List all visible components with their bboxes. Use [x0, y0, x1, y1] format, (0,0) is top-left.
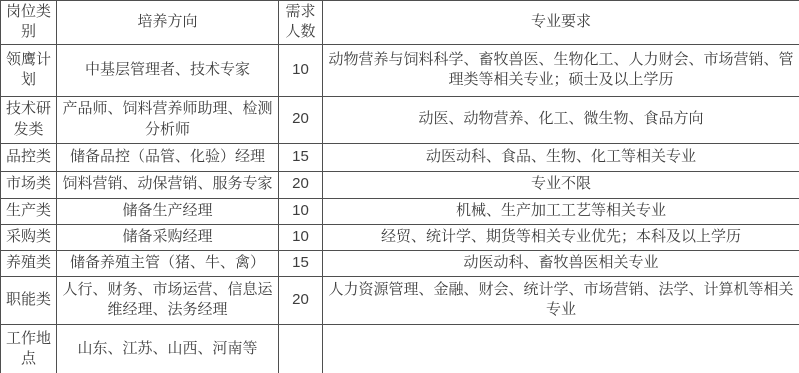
header-cell-category: 岗位类别: [1, 1, 57, 45]
table-row: 工作地点山东、江苏、山西、河南等: [1, 324, 799, 373]
table-row: 市场类饲料营销、动保营销、服务专家20专业不限: [1, 171, 799, 198]
table-row: 品控类储备品控（品管、化验）经理15动医动科、食品、生物、化工等相关专业: [1, 143, 799, 171]
requirement-cell: 机械、生产加工工艺等相关专业: [323, 198, 799, 224]
requirement-cell: 人力资源管理、金融、财会、统计学、市场营销、法学、计算机等相关专业: [323, 276, 799, 324]
count-cell: 15: [279, 143, 323, 171]
requirement-cell: 经贸、统计学、期货等相关专业优先；本科及以上学历: [323, 224, 799, 250]
count-cell: 20: [279, 171, 323, 198]
requirement-cell: 动医动科、畜牧兽医相关专业: [323, 250, 799, 276]
header-cell-requirement: 专业要求: [323, 1, 799, 45]
direction-cell: 饲料营销、动保营销、服务专家: [57, 171, 279, 198]
requirement-cell: 动物营养与饲料科学、畜牧兽医、生物化工、人力财会、市场营销、管理类等相关专业；硕…: [323, 44, 799, 96]
category-cell: 养殖类: [1, 250, 57, 276]
count-cell: 20: [279, 276, 323, 324]
direction-cell: 人行、财务、市场运营、信息运维经理、法务经理: [57, 276, 279, 324]
header-cell-count: 需求人数: [279, 1, 323, 45]
requirement-cell: [323, 324, 799, 373]
count-cell: 10: [279, 44, 323, 96]
page: 岗位类别 培养方向 需求人数 专业要求 领鹰计划中基层管理者、技术专家10动物营…: [0, 0, 799, 373]
requirement-cell: 动医动科、食品、生物、化工等相关专业: [323, 143, 799, 171]
table-row: 采购类储备采购经理10经贸、统计学、期货等相关专业优先；本科及以上学历: [1, 224, 799, 250]
category-cell: 领鹰计划: [1, 44, 57, 96]
direction-cell: 储备采购经理: [57, 224, 279, 250]
count-cell: 15: [279, 250, 323, 276]
category-cell: 生产类: [1, 198, 57, 224]
table-row: 领鹰计划中基层管理者、技术专家10动物营养与饲料科学、畜牧兽医、生物化工、人力财…: [1, 44, 799, 96]
category-cell: 市场类: [1, 171, 57, 198]
recruitment-table: 岗位类别 培养方向 需求人数 专业要求 领鹰计划中基层管理者、技术专家10动物营…: [0, 0, 799, 373]
direction-cell: 山东、江苏、山西、河南等: [57, 324, 279, 373]
direction-cell: 中基层管理者、技术专家: [57, 44, 279, 96]
table-row: 技术研发类产品师、饲料营养师助理、检测分析师20动医、动物营养、化工、微生物、食…: [1, 96, 799, 143]
direction-cell: 储备生产经理: [57, 198, 279, 224]
count-cell: 10: [279, 198, 323, 224]
header-row: 岗位类别 培养方向 需求人数 专业要求: [1, 1, 799, 45]
category-cell: 品控类: [1, 143, 57, 171]
count-cell: 20: [279, 96, 323, 143]
count-cell: [279, 324, 323, 373]
header-cell-direction: 培养方向: [57, 1, 279, 45]
direction-cell: 产品师、饲料营养师助理、检测分析师: [57, 96, 279, 143]
requirement-cell: 专业不限: [323, 171, 799, 198]
count-cell: 10: [279, 224, 323, 250]
category-cell: 职能类: [1, 276, 57, 324]
category-cell: 采购类: [1, 224, 57, 250]
table-row: 生产类储备生产经理10机械、生产加工工艺等相关专业: [1, 198, 799, 224]
table-row: 养殖类储备养殖主管（猪、牛、禽）15动医动科、畜牧兽医相关专业: [1, 250, 799, 276]
table-row: 职能类人行、财务、市场运营、信息运维经理、法务经理20人力资源管理、金融、财会、…: [1, 276, 799, 324]
requirement-cell: 动医、动物营养、化工、微生物、食品方向: [323, 96, 799, 143]
category-cell: 工作地点: [1, 324, 57, 373]
category-cell: 技术研发类: [1, 96, 57, 143]
direction-cell: 储备养殖主管（猪、牛、禽）: [57, 250, 279, 276]
direction-cell: 储备品控（品管、化验）经理: [57, 143, 279, 171]
